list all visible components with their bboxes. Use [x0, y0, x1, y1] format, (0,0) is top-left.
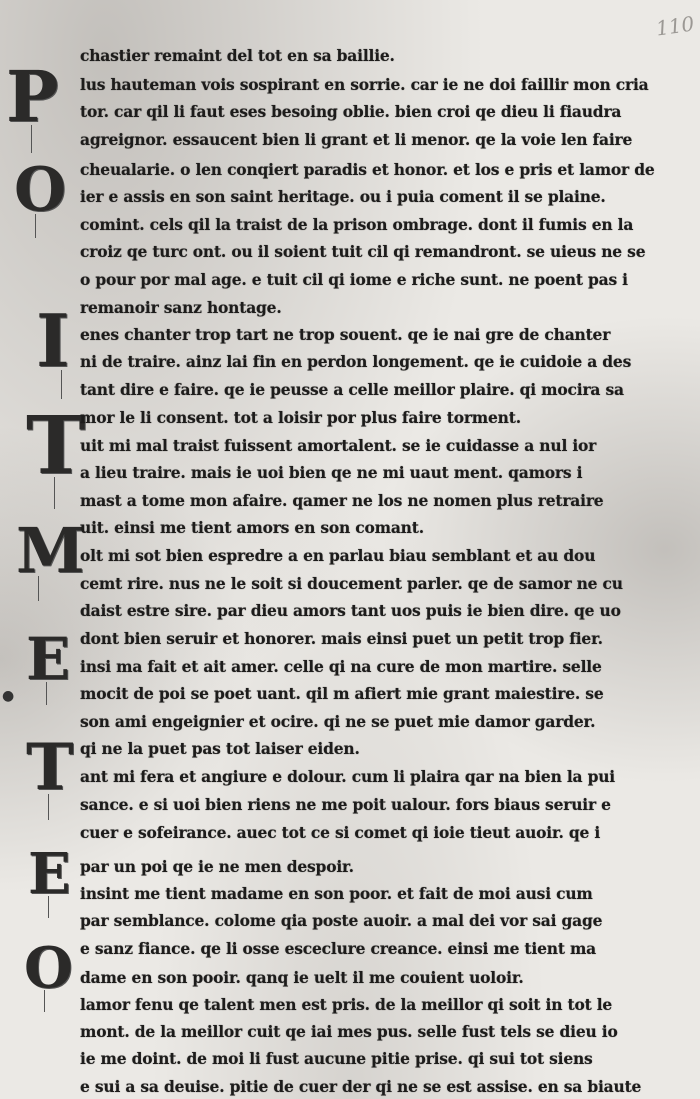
decorated-initial: P — [6, 62, 59, 132]
manuscript-line: comint. cels qil la traist de la prison … — [80, 214, 676, 236]
initial-flourish — [44, 990, 45, 1012]
manuscript-line: uit. einsi me tient amors en son comant. — [80, 517, 676, 539]
manuscript-line: insi ma fait et ait amer. celle qi na cu… — [80, 656, 676, 678]
manuscript-line: lus hauteman vois sospirant en sorrie. c… — [80, 74, 676, 96]
manuscript-line: par un poi qe ie ne men despoir. — [80, 856, 676, 878]
decorated-initial: I — [36, 305, 70, 377]
initial-flourish — [48, 896, 49, 918]
margin-mark: ● — [2, 688, 14, 704]
manuscript-line: olt mi sot bien espredre a en parlau bia… — [80, 545, 676, 567]
decorated-initial: T — [26, 405, 86, 485]
manuscript-line: dont bien seruir et honorer. mais einsi … — [80, 628, 676, 650]
manuscript-line: ni de traire. ainz lai fin en perdon lon… — [80, 351, 676, 373]
manuscript-line: cemt rire. nus ne le soit si doucement p… — [80, 573, 676, 595]
initial-flourish — [54, 477, 55, 509]
manuscript-line: qi ne la puet pas tot laiser eiden. — [80, 738, 676, 760]
decorated-initial: E — [28, 846, 71, 902]
manuscript-line: remanoir sanz hontage. — [80, 297, 676, 319]
manuscript-line: o pour por mal age. e tuit cil qi iome e… — [80, 269, 676, 291]
manuscript-line: insint me tient madame en son poor. et f… — [80, 883, 676, 905]
manuscript-line: mast a tome mon afaire. qamer ne los ne … — [80, 490, 676, 512]
initial-flourish — [48, 794, 49, 820]
manuscript-line: mor le li consent. tot a loisir por plus… — [80, 407, 676, 429]
manuscript-line: par semblance. colome qia poste auoir. a… — [80, 910, 676, 932]
initial-flourish — [31, 125, 32, 153]
initial-flourish — [46, 682, 47, 705]
decorated-initial: E — [26, 630, 70, 688]
manuscript-line: chastier remaint del tot en sa baillie. — [80, 45, 676, 67]
manuscript-line: dame en son pooir. qanq ie uelt il me co… — [80, 967, 676, 989]
decorated-initial: M — [16, 520, 85, 582]
manuscript-line: uit mi mal traist fuissent amortalent. s… — [80, 435, 676, 457]
manuscript-line: ie me doint. de moi li fust aucune pitie… — [80, 1048, 676, 1070]
manuscript-line: son ami engeignier et ocire. qi ne se pu… — [80, 711, 676, 733]
manuscript-line: croiz qe turc ont. ou il soient tuit cil… — [80, 241, 676, 263]
manuscript-line: sance. e si uoi bien riens ne me poit ua… — [80, 794, 676, 816]
manuscript-line: lamor fenu qe talent men est pris. de la… — [80, 994, 676, 1016]
manuscript-line: agreignor. essaucent bien li grant et li… — [80, 129, 676, 151]
manuscript-line: mont. de la meillor cuit qe iai mes pus.… — [80, 1021, 676, 1043]
manuscript-line: cuer e sofeirance. auec tot ce si comet … — [80, 822, 676, 844]
manuscript-line: mocit de poi se poet uant. qil m afiert … — [80, 683, 676, 705]
initial-flourish — [35, 214, 36, 238]
manuscript-line: e sanz fiance. qe li osse esceclure crea… — [80, 938, 676, 960]
decorated-initial: T — [26, 736, 74, 800]
manuscript-line: tant dire e faire. qe ie peusse a celle … — [80, 379, 676, 401]
manuscript-page: 110 POITMETEO chastier remaint del tot e… — [0, 0, 700, 1099]
initial-flourish — [38, 576, 39, 601]
manuscript-line: daist estre sire. par dieu amors tant uo… — [80, 600, 676, 622]
manuscript-line: ier e assis en son saint heritage. ou i … — [80, 186, 676, 208]
manuscript-line: ant mi fera et angiure e dolour. cum li … — [80, 766, 676, 788]
initial-flourish — [61, 370, 62, 399]
manuscript-line: e sui a sa deuise. pitie de cuer der qi … — [80, 1076, 676, 1098]
manuscript-line: a lieu traire. mais ie uoi bien qe ne mi… — [80, 462, 676, 484]
manuscript-line: tor. car qil li faut eses besoing oblie.… — [80, 101, 676, 123]
manuscript-line: enes chanter trop tart ne trop souent. q… — [80, 324, 676, 346]
manuscript-line: cheualarie. o len conqiert paradis et ho… — [80, 159, 676, 181]
decorated-initial: O — [14, 160, 66, 220]
decorated-initial: O — [24, 940, 73, 996]
folio-number: 110 — [654, 11, 695, 40]
